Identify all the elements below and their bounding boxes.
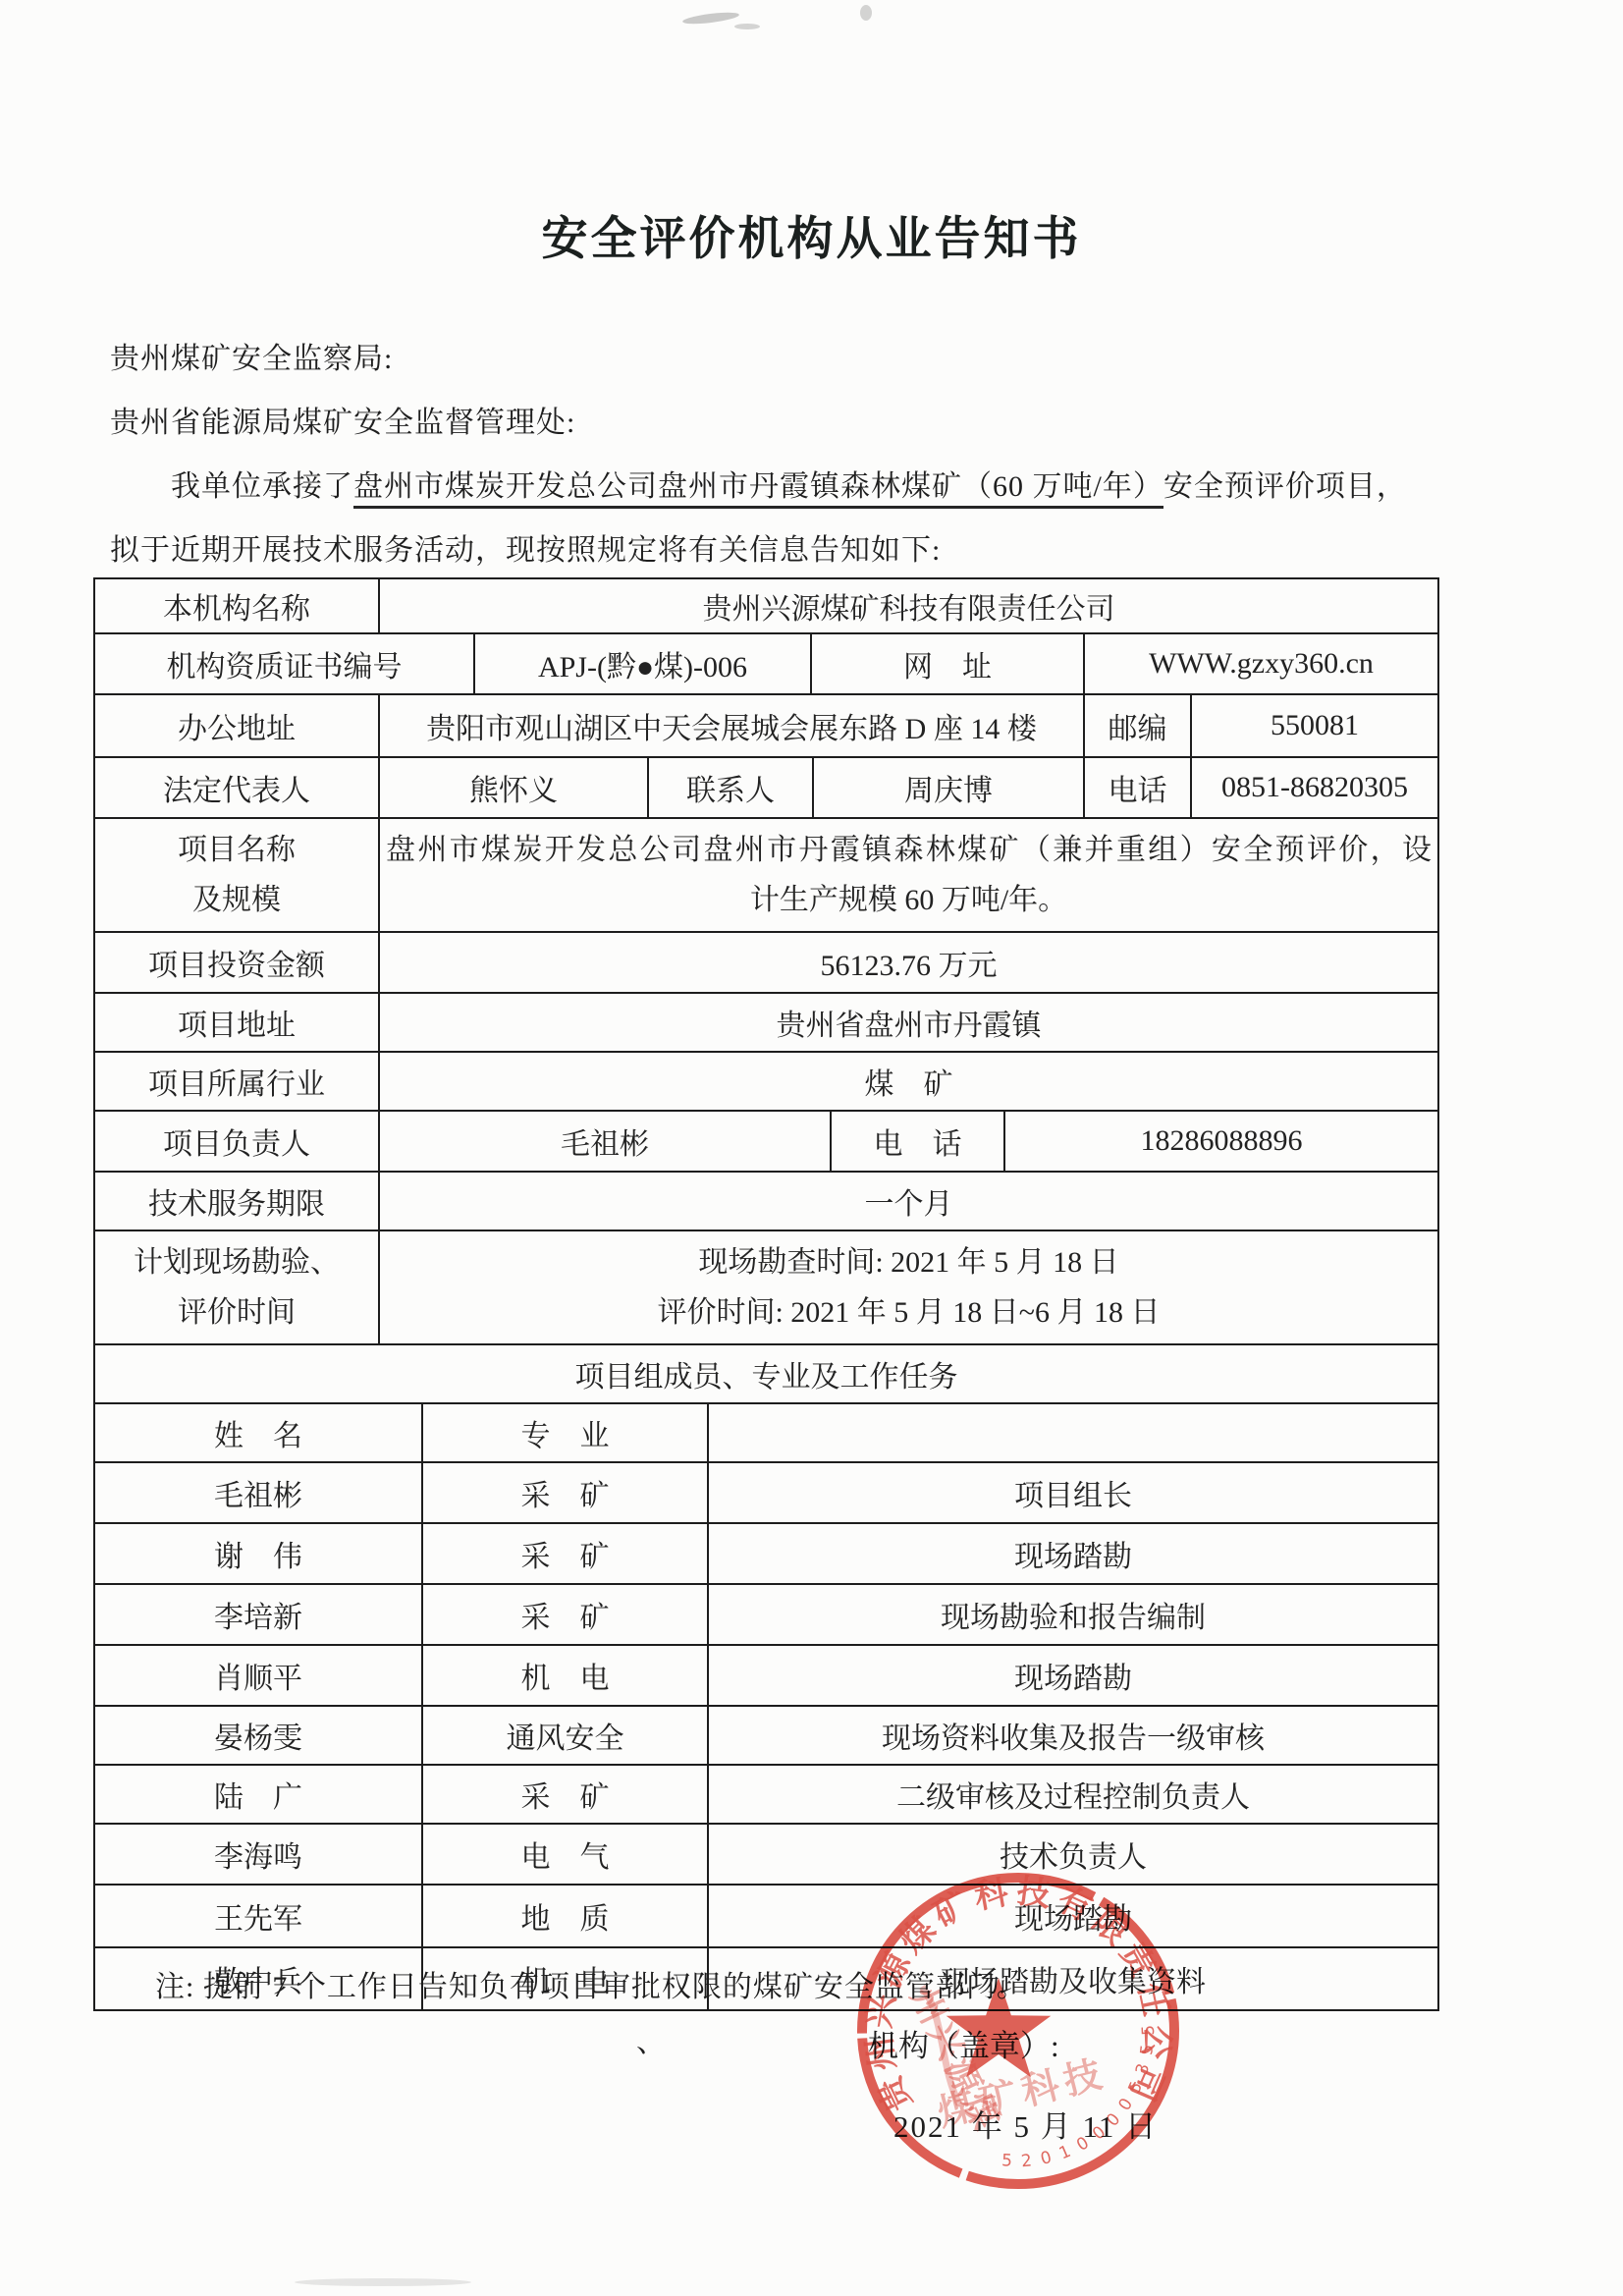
table-row-member: 肖顺平 机 电 现场踏勘 [95,1646,1437,1707]
cell-col-major: 专 业 [423,1404,709,1461]
info-table: 本机构名称 贵州兴源煤矿科技有限责任公司 机构资质证书编号 APJ-(黔●煤)-… [93,577,1439,2011]
cell-plan-label: 计划现场勘验、 评价时间 [95,1231,380,1343]
row-cert: 机构资质证书编号 APJ-(黔●煤)-006 网 址 WWW.gzxy360.c… [95,634,1437,695]
cell-contact-value: 周庆博 [814,758,1085,817]
table-row-member: 谢 伟 采 矿 现场踏勘 [95,1524,1437,1585]
scan-smudge [682,10,740,26]
official-seal-stamp: 贵州兴源煤矿科技有限责任公司 520100005355 州兴源煤 煤矿科技 [851,1869,1185,2197]
project-label-line1: 项目名称 [178,825,296,875]
member-task: 现场踏勘 [709,1646,1437,1705]
row-members-columns: 姓 名 专 业 [95,1404,1437,1463]
member-major: 采 矿 [423,1585,709,1644]
plan-value-line1: 现场勘查时间: 2021 年 5 月 18 日 [386,1237,1432,1287]
member-task: 现场勘验和报告编制 [709,1585,1437,1644]
salutation-1: 贵州煤矿安全监察局: [110,327,1529,391]
cell-legal-value: 熊怀义 [380,758,649,817]
member-major: 地 质 [423,1886,709,1946]
stray-mark: 、 [636,2017,666,2060]
member-major: 采 矿 [423,1463,709,1522]
scan-smudge [295,2278,471,2286]
cell-tel-label: 电话 [1085,758,1192,817]
document-page: 安全评价机构从业告知书 贵州煤矿安全监察局: 贵州省能源局煤矿安全监督管理处: … [0,0,1623,2296]
project-value-line2: 计生产规模 60 万吨/年。 [386,875,1432,925]
cell-cert-value: APJ-(黔●煤)-006 [475,634,812,693]
cell-zip-value: 550081 [1192,695,1437,756]
cell-industry-value: 煤 矿 [380,1053,1437,1110]
page-title: 安全评价机构从业告知书 [0,202,1623,268]
cell-tel-value: 0851-86820305 [1192,758,1437,817]
intro-block: 贵州煤矿安全监察局: 贵州省能源局煤矿安全监督管理处: 我单位承接了盘州市煤炭开… [110,327,1529,582]
cell-col-task [709,1404,1437,1461]
member-name: 陆 广 [95,1766,423,1823]
row-investment: 项目投资金额 56123.76 万元 [95,933,1437,994]
cell-cert-label: 机构资质证书编号 [95,634,475,693]
project-value-line1: 盘州市煤炭开发总公司盘州市丹霞镇森林煤矿（兼并重组）安全预评价，设 [386,825,1432,875]
intro-line-1: 我单位承接了盘州市煤炭开发总公司盘州市丹霞镇森林煤矿（60 万吨/年）安全预评价… [110,455,1529,519]
member-task: 项目组长 [709,1463,1437,1522]
member-name: 李培新 [95,1585,423,1644]
member-major: 采 矿 [423,1524,709,1583]
cell-leader-label: 项目负责人 [95,1112,380,1171]
cell-org-name-value: 贵州兴源煤矿科技有限责任公司 [380,579,1437,632]
member-name: 毛祖彬 [95,1463,423,1522]
row-leader: 项目负责人 毛祖彬 电 话 18286088896 [95,1112,1437,1173]
cell-col-name: 姓 名 [95,1404,423,1461]
member-task: 二级审核及过程控制负责人 [709,1766,1437,1823]
scan-smudge [734,24,760,29]
cell-office-value: 贵阳市观山湖区中天会展城会展东路 D 座 14 楼 [380,695,1085,756]
intro-tail: 安全预评价项目， [1163,470,1407,503]
row-legal: 法定代表人 熊怀义 联系人 周庆博 电话 0851-86820305 [95,758,1437,819]
member-major: 机 电 [423,1646,709,1705]
cell-address-label: 项目地址 [95,994,380,1051]
member-name: 谢 伟 [95,1524,423,1583]
member-name: 王先军 [95,1886,423,1946]
plan-value-line2: 评价时间: 2021 年 5 月 18 日~6 月 18 日 [386,1287,1432,1338]
row-plan-time: 计划现场勘验、 评价时间 现场勘查时间: 2021 年 5 月 18 日 评价时… [95,1231,1437,1345]
member-name: 晏杨雯 [95,1707,423,1764]
plan-label-line2: 评价时间 [178,1287,296,1338]
intro-line-2: 拟于近期开展技术服务活动，现按照规定将有关信息告知如下: [110,519,1529,582]
member-major: 电 气 [423,1825,709,1884]
intro-lead: 我单位承接了 [171,470,353,503]
member-task: 现场资料收集及报告一级审核 [709,1707,1437,1764]
table-row-member: 李海鸣 电 气 技术负责人 [95,1825,1437,1886]
member-task: 现场踏勘 [709,1524,1437,1583]
row-office: 办公地址 贵阳市观山湖区中天会展城会展东路 D 座 14 楼 邮编 550081 [95,695,1437,758]
member-name: 肖顺平 [95,1646,423,1705]
cell-web-label: 网 址 [812,634,1085,693]
cell-industry-label: 项目所属行业 [95,1053,380,1110]
cell-plan-value: 现场勘查时间: 2021 年 5 月 18 日 评价时间: 2021 年 5 月… [380,1231,1437,1343]
cell-investment-value: 56123.76 万元 [380,933,1437,992]
cell-leader-tel-value: 18286088896 [1005,1112,1437,1171]
row-members-header: 项目组成员、专业及工作任务 [95,1345,1437,1404]
cell-leader-value: 毛祖彬 [380,1112,832,1171]
member-major: 采 矿 [423,1766,709,1823]
plan-label-line1: 计划现场勘验、 [134,1237,340,1287]
cell-web-value: WWW.gzxy360.cn [1085,634,1437,693]
row-term: 技术服务期限 一个月 [95,1173,1437,1231]
underlined-project-name: 盘州市煤炭开发总公司盘州市丹霞镇森林煤矿（60 万吨/年） [353,470,1163,509]
cell-term-value: 一个月 [380,1173,1437,1230]
row-project-address: 项目地址 贵州省盘州市丹霞镇 [95,994,1437,1053]
cell-project-value: 盘州市煤炭开发总公司盘州市丹霞镇森林煤矿（兼并重组）安全预评价，设 计生产规模 … [380,819,1437,931]
member-major: 通风安全 [423,1707,709,1764]
table-row-member: 陆 广 采 矿 二级审核及过程控制负责人 [95,1766,1437,1825]
cell-address-value: 贵州省盘州市丹霞镇 [380,994,1437,1051]
cell-zip-label: 邮编 [1085,695,1192,756]
salutation-2: 贵州省能源局煤矿安全监督管理处: [110,391,1529,455]
cell-project-label: 项目名称 及规模 [95,819,380,931]
cell-legal-label: 法定代表人 [95,758,380,817]
cell-members-header: 项目组成员、专业及工作任务 [95,1345,1437,1402]
table-row-member: 毛祖彬 采 矿 项目组长 [95,1463,1437,1524]
cell-office-label: 办公地址 [95,695,380,756]
row-org-name: 本机构名称 贵州兴源煤矿科技有限责任公司 [95,579,1437,634]
cell-investment-label: 项目投资金额 [95,933,380,992]
cell-leader-tel-label: 电 话 [832,1112,1005,1171]
project-label-line2: 及规模 [192,875,281,925]
row-project-name: 项目名称 及规模 盘州市煤炭开发总公司盘州市丹霞镇森林煤矿（兼并重组）安全预评价… [95,819,1437,933]
member-name: 李海鸣 [95,1825,423,1884]
cell-term-label: 技术服务期限 [95,1173,380,1230]
scan-smudge [860,5,872,21]
cell-contact-label: 联系人 [649,758,814,817]
row-industry: 项目所属行业 煤 矿 [95,1053,1437,1112]
table-row-member: 王先军 地 质 现场踏勘 [95,1886,1437,1948]
cell-org-name-label: 本机构名称 [95,579,380,632]
table-row-member: 李培新 采 矿 现场勘验和报告编制 [95,1585,1437,1646]
table-row-member: 晏杨雯 通风安全 现场资料收集及报告一级审核 [95,1707,1437,1766]
